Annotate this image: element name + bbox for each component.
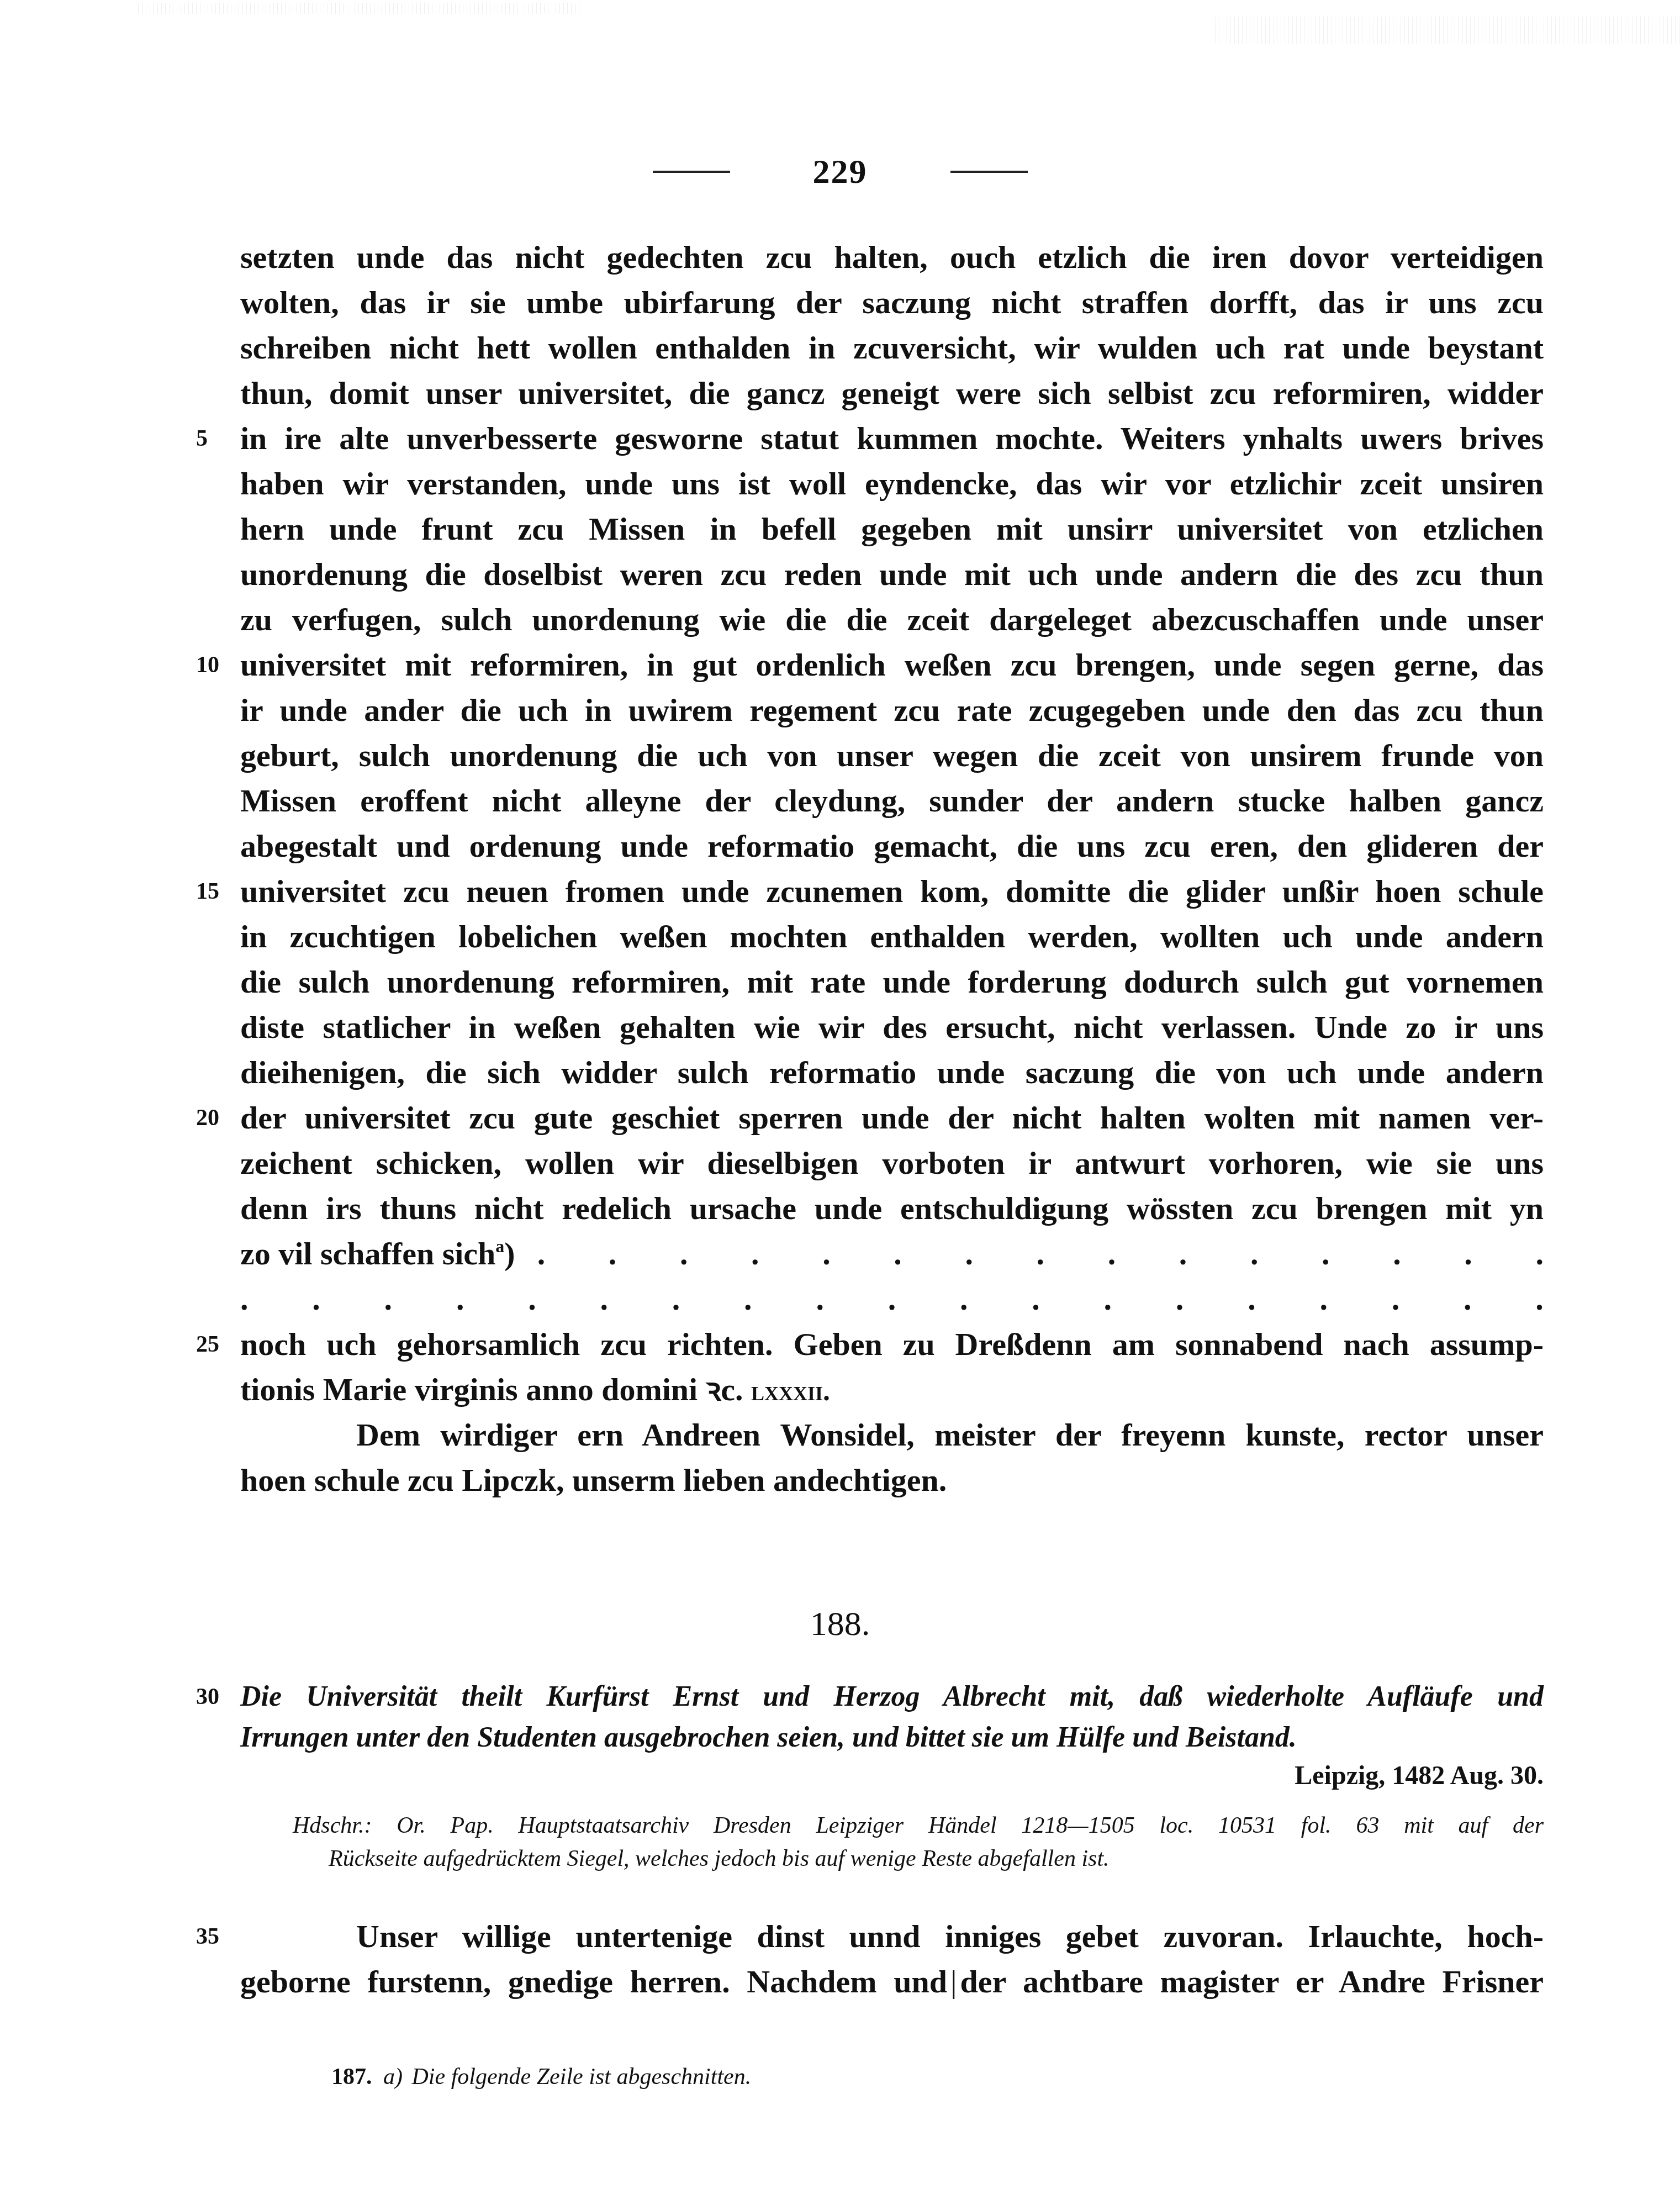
text-line: Missen eroffent nicht alleyne der cleydu… <box>240 778 1544 824</box>
text-line: setzten unde das nicht gedechten zcu hal… <box>240 235 1544 280</box>
text-line: 15universitet zcu neuen fromen unde zcun… <box>240 869 1544 914</box>
text-line: thun, domit unser universitet, die gancz… <box>240 371 1544 416</box>
line-number: 25 <box>196 1322 229 1367</box>
text-line: unordenung die doselbist weren zcu reden… <box>240 552 1544 597</box>
line-text: noch uch gehorsamlich zcu richten. Geben… <box>240 1326 1544 1362</box>
omitted-line-dots: ................... <box>240 1277 1544 1322</box>
dating-text: tionis Marie virginis anno domini ꝛc. <box>240 1372 751 1407</box>
text-line: wolten, das ir sie umbe ubirfarung der s… <box>240 280 1544 325</box>
dating-line: tionis Marie virginis anno domini ꝛc. lx… <box>240 1367 1544 1412</box>
ellipsis-dots: ................... <box>240 1277 1544 1322</box>
text-line: hern unde frunt zcu Missen in befell geg… <box>240 507 1544 552</box>
page-break-marker: | <box>950 1964 957 2000</box>
page-number: 229 <box>813 155 868 189</box>
address-text: hoen schule zcu Lipczk, unserm lieben an… <box>240 1462 947 1498</box>
line-text: schreiben nicht hett wollen enthalden in… <box>240 330 1544 366</box>
text-line: 35Unser willige untertenige dinst unnd i… <box>240 1914 1544 1959</box>
source-line: Rückseite aufgedrücktem Siegel, welches … <box>293 1842 1544 1875</box>
line-text: thun, domit unser universitet, die gancz… <box>240 375 1544 411</box>
line-text: hern unde frunt zcu Missen in befell geg… <box>240 511 1544 547</box>
text-line: denn irs thuns nicht redelich ursache un… <box>240 1186 1544 1231</box>
text-line: die sulch unordenung reformiren, mit rat… <box>240 959 1544 1005</box>
text-line: geborne furstenn, gnedige herren. Nachde… <box>240 1959 1544 2005</box>
text-line: 20der universitet zcu gute geschiet sper… <box>240 1095 1544 1141</box>
line-text: setzten unde das nicht gedechten zcu hal… <box>240 239 1544 275</box>
footnote: 187. a) Die folgende Zeile ist abgeschni… <box>331 2060 751 2093</box>
line-text: zeichent schicken, wollen wir dieselbige… <box>240 1145 1544 1181</box>
page-header: 229 <box>0 155 1680 189</box>
line-text: haben wir verstanden, unde uns ist woll … <box>240 466 1544 502</box>
address-line: Dem wirdiger ern Andreen Wonsidel, meist… <box>240 1412 1544 1458</box>
line-text: universitet zcu neuen fromen unde zcunem… <box>240 873 1544 909</box>
document-regest: 30Die Universität theilt Kurfürst Ernst … <box>240 1676 1544 1758</box>
text-line: zu verfugen, sulch unordenung wie die di… <box>240 597 1544 642</box>
text-line: schreiben nicht hett wollen enthalden in… <box>240 325 1544 371</box>
line-text: ir unde ander die uch in uwirem regement… <box>240 692 1544 728</box>
scan-artifact <box>138 3 580 14</box>
line-number: 30 <box>196 1676 229 1717</box>
text-line: 25noch uch gehorsamlich zcu richten. Geb… <box>240 1322 1544 1367</box>
line-number: 5 <box>196 416 229 461</box>
continued-document-text: setzten unde das nicht gedechten zcu hal… <box>240 235 1544 1503</box>
text-line: 5in ire alte unverbesserte gesworne stat… <box>240 416 1544 461</box>
footnote-text: Die folgende Zeile ist abgeschnitten. <box>412 2064 752 2090</box>
text-line: dieihenigen, die sich widder sulch refor… <box>240 1050 1544 1095</box>
line-number: 35 <box>196 1914 229 1959</box>
regest-line: Irrungen unter den Studenten ausgebroche… <box>240 1717 1544 1758</box>
manuscript-source: Hdschr.: Or. Pap. Hauptstaatsarchiv Dres… <box>293 1809 1544 1875</box>
line-text: zu verfugen, sulch unordenung wie die di… <box>240 602 1544 637</box>
line-number: 15 <box>196 869 229 914</box>
lacuna-text: zo vil schaffen sicha) <box>240 1231 515 1277</box>
line-text: dieihenigen, die sich widder sulch refor… <box>240 1054 1544 1090</box>
footnote-document-ref: 187. <box>331 2064 372 2090</box>
text-line: geburt, sulch unordenung die uch von uns… <box>240 733 1544 778</box>
roman-year: lxxxii. <box>751 1375 830 1407</box>
line-text: geburt, sulch unordenung die uch von uns… <box>240 737 1544 773</box>
line-text: denn irs thuns nicht redelich ursache un… <box>240 1190 1544 1226</box>
line-text: diste statlicher in weßen gehalten wie w… <box>240 1009 1544 1045</box>
text-line: ir unde ander die uch in uwirem regement… <box>240 688 1544 733</box>
letter-text: 35Unser willige untertenige dinst unnd i… <box>240 1914 1544 2005</box>
text-line: 10universitet mit reformiren, in gut ord… <box>240 642 1544 688</box>
line-text: Missen eroffent nicht alleyne der cleydu… <box>240 783 1544 819</box>
line-text: Unser willige untertenige dinst unnd inn… <box>356 1918 1544 1954</box>
line-text: der achtbare magister er Andre Frisner <box>960 1964 1544 2000</box>
document-date-place: Leipzig, 1482 Aug. 30. <box>240 1757 1544 1795</box>
line-number: 10 <box>196 642 229 688</box>
line-text: in zcuchtigen lobelichen weßen mochten e… <box>240 919 1544 954</box>
lacuna-line: zo vil schaffen sicha) ............... <box>240 1231 1544 1277</box>
text-line: in zcuchtigen lobelichen weßen mochten e… <box>240 914 1544 959</box>
regest-line: 30Die Universität theilt Kurfürst Ernst … <box>240 1676 1544 1717</box>
line-number: 20 <box>196 1095 229 1141</box>
line-text: geborne furstenn, gnedige herren. Nachde… <box>240 1964 947 2000</box>
header-rule-left <box>653 171 730 173</box>
scan-artifact <box>1215 17 1680 44</box>
header-rule-right <box>950 171 1028 173</box>
line-text: wolten, das ir sie umbe ubirfarung der s… <box>240 284 1544 320</box>
source-line: Hdschr.: Or. Pap. Hauptstaatsarchiv Dres… <box>293 1809 1544 1842</box>
ellipsis-dots: ............... <box>537 1231 1544 1277</box>
text-line: haben wir verstanden, unde uns ist woll … <box>240 461 1544 507</box>
regest-text: Irrungen unter den Studenten ausgebroche… <box>240 1722 1297 1753</box>
line-text: die sulch unordenung reformiren, mit rat… <box>240 964 1544 1000</box>
line-text: in ire alte unverbesserte gesworne statu… <box>240 420 1544 456</box>
address-line: hoen schule zcu Lipczk, unserm lieben an… <box>240 1458 1544 1503</box>
close-paren: ) <box>504 1236 515 1272</box>
line-text: zo vil schaffen sich <box>240 1236 495 1272</box>
line-text: unordenung die doselbist weren zcu reden… <box>240 556 1544 592</box>
line-text: universitet mit reformiren, in gut orden… <box>240 647 1544 683</box>
footnote-mark: a) <box>383 2064 403 2090</box>
document-number: 188. <box>0 1602 1680 1646</box>
text-line: diste statlicher in weßen gehalten wie w… <box>240 1005 1544 1050</box>
footnote-marker[interactable]: a <box>495 1236 504 1256</box>
address-text: Dem wirdiger ern Andreen Wonsidel, meist… <box>356 1417 1544 1453</box>
text-line: zeichent schicken, wollen wir dieselbige… <box>240 1141 1544 1186</box>
line-text: abegestalt und ordenung unde reformatio … <box>240 828 1544 864</box>
line-text: der universitet zcu gute geschiet sperre… <box>240 1100 1544 1136</box>
text-line: abegestalt und ordenung unde reformatio … <box>240 824 1544 869</box>
regest-text: Die Universität theilt Kurfürst Ernst un… <box>240 1681 1544 1712</box>
